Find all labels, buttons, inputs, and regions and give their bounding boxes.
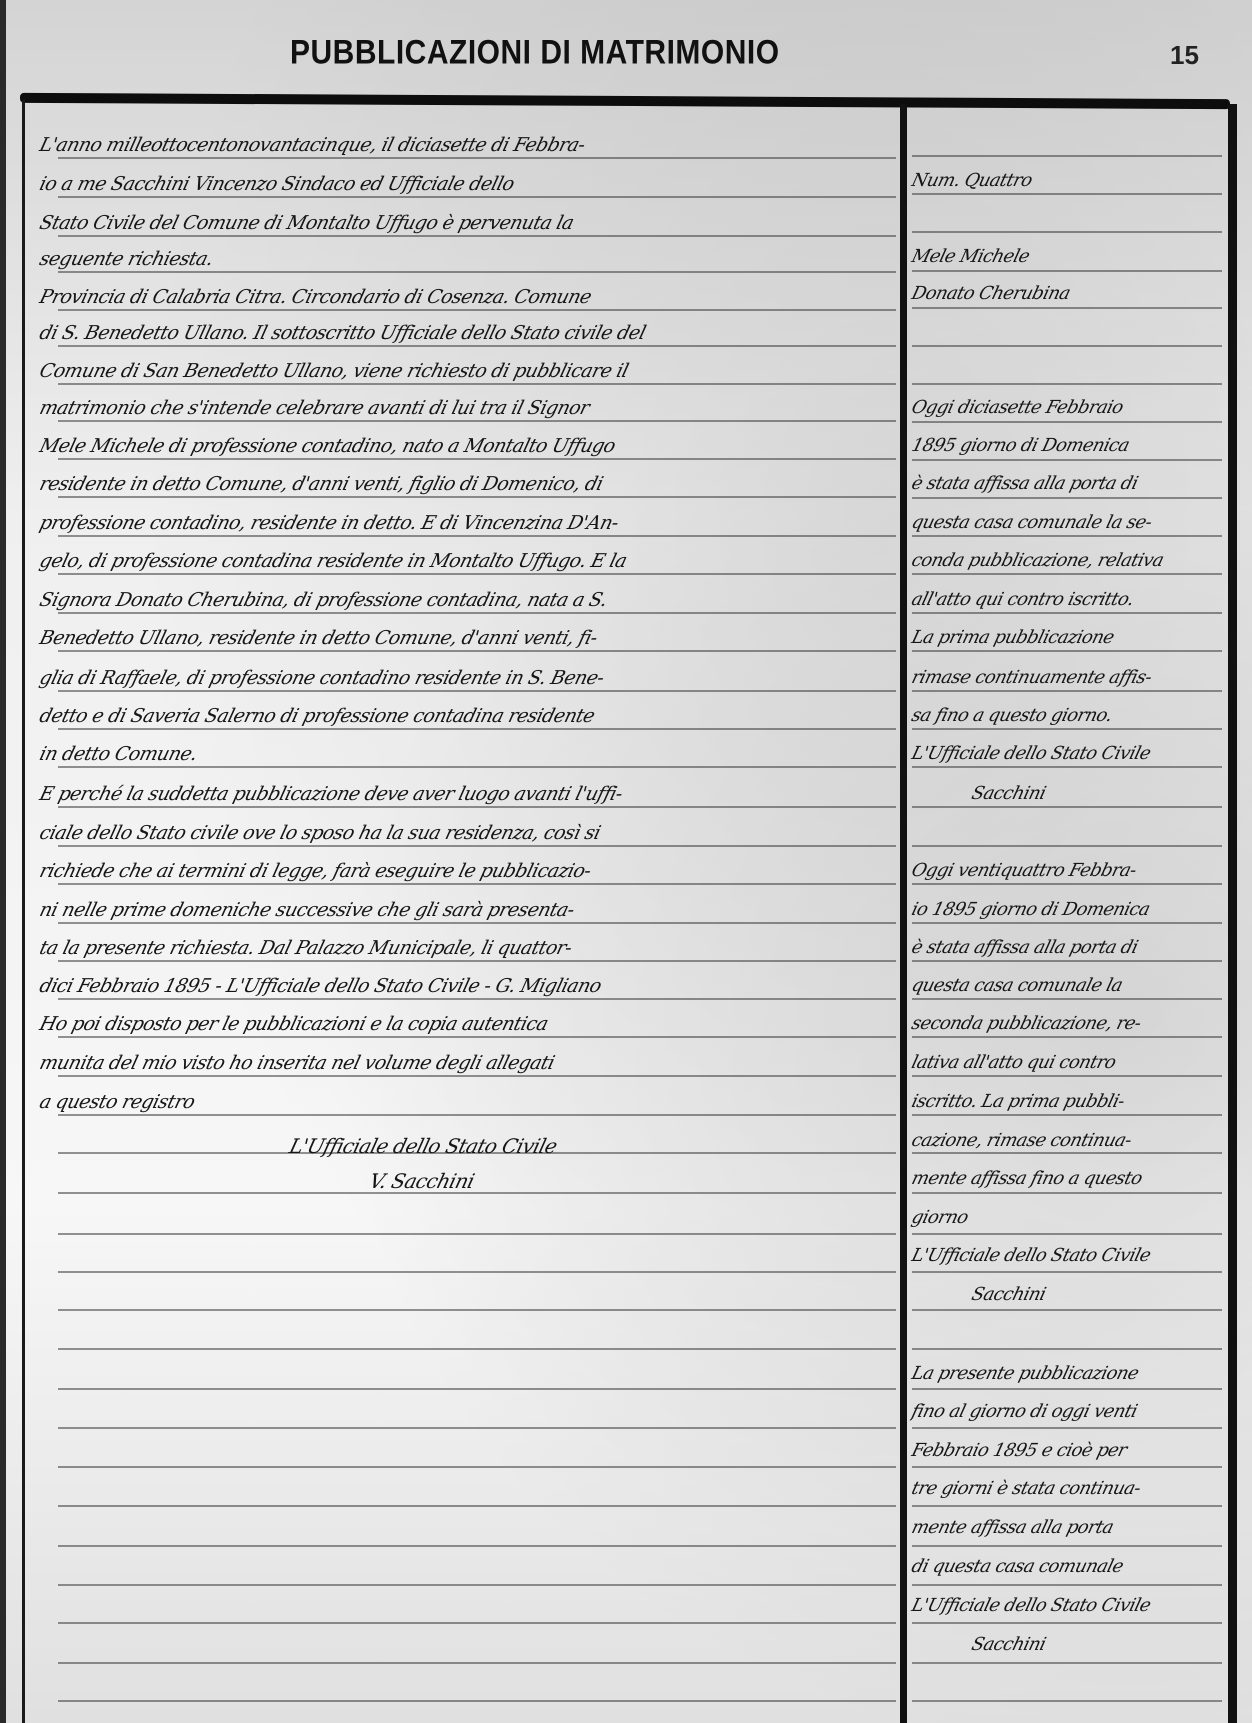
entry-line: L'anno milleottocentonovantacinque, il d… (37, 134, 892, 156)
second-publication-line: mente affissa fino a questo (909, 1168, 1224, 1189)
second-publication-line: Oggi ventiquattro Febbra- (909, 860, 1224, 881)
entry-line: ta la presente richiesta. Dal Palazzo Mu… (37, 937, 892, 959)
first-signature-name: Sacchini (909, 783, 1252, 804)
entry-line: Ho poi disposto per le pubblicazioni e l… (37, 1013, 892, 1035)
first-publication-line: Oggi diciasette Febbraio (909, 397, 1224, 418)
closing-note-line: La presente pubblicazione (909, 1363, 1224, 1384)
entry-line: seguente richiesta. (37, 248, 892, 270)
entry-line: Provincia di Calabria Citra. Circondario… (37, 286, 892, 308)
first-publication-line: sa fino a questo giorno. (909, 705, 1224, 726)
second-publication-line: io 1895 giorno di Domenica (909, 899, 1224, 920)
first-signature-title: L'Ufficiale dello Stato Civile (909, 743, 1224, 764)
entry-line: glia di Raffaele, di professione contadi… (37, 667, 892, 689)
right-border (1228, 104, 1237, 1723)
left-border (22, 100, 25, 1723)
entry-line: Stato Civile del Comune di Montalto Uffu… (37, 212, 892, 234)
entry-line: dici Febbraio 1895 - L'Ufficiale dello S… (37, 975, 892, 997)
second-publication-line: giorno (909, 1207, 1224, 1228)
entry-line: munita del mio visto ho inserita nel vol… (37, 1052, 892, 1074)
entry-line: di S. Benedetto Ullano. Il sottoscritto … (37, 322, 892, 344)
register-page: PUBBLICAZIONI DI MATRIMONIO 15 (0, 0, 1252, 1723)
closing-note-line: Febbraio 1895 e cioè per (909, 1440, 1224, 1461)
entry-line: matrimonio che s'intende celebrare avant… (37, 397, 892, 419)
entry-line: a questo registro (37, 1091, 892, 1113)
first-publication-line: questa casa comunale la se- (909, 512, 1224, 533)
second-publication-line: lativa all'atto qui contro (909, 1052, 1224, 1073)
closing-note-line: di questa casa comunale (909, 1556, 1224, 1577)
act-number: Num. Quattro (909, 170, 1224, 191)
first-publication-line: all'atto qui contro iscritto. (909, 589, 1224, 610)
first-publication-line: conda pubblicazione, relativa (909, 550, 1224, 571)
entry-line: richiede che ai termini di legge, farà e… (37, 860, 892, 882)
column-divider (900, 104, 907, 1723)
closing-signature-title: L'Ufficiale dello Stato Civile (909, 1595, 1224, 1616)
second-signature-title: L'Ufficiale dello Stato Civile (909, 1245, 1224, 1266)
entry-line: Benedetto Ullano, residente in detto Com… (37, 627, 892, 649)
top-border-rule (20, 93, 1230, 109)
entry-line: ni nelle prime domeniche successive che … (37, 899, 892, 921)
page-title: PUBBLICAZIONI DI MATRIMONIO (290, 33, 990, 72)
second-publication-line: è stata affissa alla porta di (909, 937, 1224, 958)
second-publication-line: seconda pubblicazione, re- (909, 1013, 1224, 1034)
entry-line: Comune di San Benedetto Ullano, viene ri… (37, 360, 892, 382)
entry-line: detto e di Saveria Salerno di profession… (37, 705, 892, 727)
closing-note-line: tre giorni è stata continua- (909, 1478, 1224, 1499)
entry-line: professione contadino, residente in dett… (37, 512, 892, 534)
groom-name: Mele Michele (909, 246, 1224, 267)
entry-line: Mele Michele di professione contadino, n… (37, 435, 892, 457)
entry-line: Signora Donato Cherubina, di professione… (37, 589, 892, 611)
entry-line: gelo, di professione contadina residente… (37, 550, 892, 572)
closing-note-line: fino al giorno di oggi venti (909, 1401, 1224, 1422)
entry-line: residente in detto Comune, d'anni venti,… (37, 473, 892, 495)
second-signature-name: Sacchini (909, 1284, 1252, 1305)
entry-line: ciale dello Stato civile ove lo sposo ha… (37, 822, 892, 844)
scan-edge (0, 0, 6, 1723)
entry-line: E perché la suddetta pubblicazione deve … (37, 783, 892, 805)
second-publication-line: questa casa comunale la (909, 975, 1224, 996)
entry-line: in detto Comune. (37, 743, 892, 765)
first-publication-line: è stata affissa alla porta di (909, 473, 1224, 494)
first-publication-line: 1895 giorno di Domenica (909, 435, 1224, 456)
closing-signature-name: Sacchini (909, 1634, 1252, 1655)
page-number: 15 (1170, 40, 1199, 71)
entry-line: io a me Sacchini Vincenzo Sindaco ed Uff… (37, 173, 892, 195)
closing-note-line: mente affissa alla porta (909, 1517, 1224, 1538)
bride-name: Donato Cherubina (909, 283, 1224, 304)
second-publication-line: cazione, rimase continua- (909, 1130, 1224, 1151)
first-publication-line: rimase continuamente affis- (909, 667, 1224, 688)
first-publication-line: La prima pubblicazione (909, 627, 1224, 648)
second-publication-line: iscritto. La prima pubbli- (909, 1091, 1224, 1112)
